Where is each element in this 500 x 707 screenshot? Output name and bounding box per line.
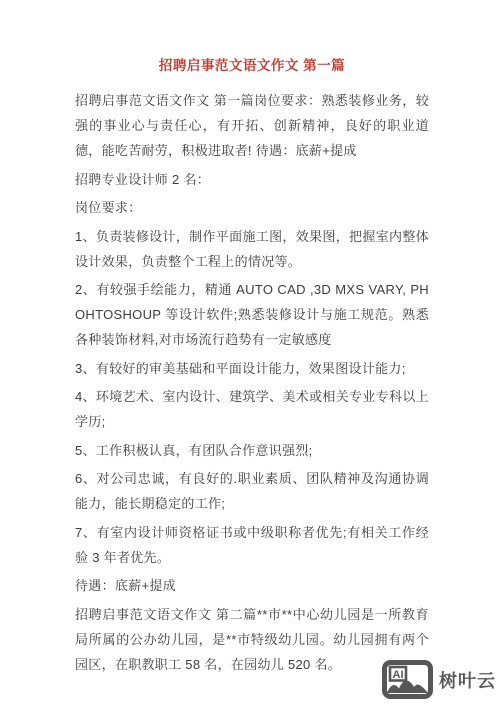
paragraph: 招聘启事范文语文作文 第二篇**市**中心幼儿园是一所教育局所属的公办幼儿园，是… — [75, 602, 429, 677]
paragraph: 1、负责装修设计，制作平面施工图，效果图，把握室内整体设计效果，负责整个工程上的… — [75, 224, 429, 274]
document-page: 招聘启事范文语文作文 第一篇 招聘启事范文语文作文 第一篇岗位要求：熟悉装修业务… — [0, 0, 500, 707]
paragraph: 5、工作积极认真，有团队合作意识强烈; — [75, 438, 429, 463]
paragraph: 岗位要求： — [75, 195, 429, 220]
ai-image-icon: AI — [382, 660, 433, 699]
paragraph: 招聘专业设计师 2 名： — [75, 167, 429, 192]
paragraph: 7、有室内设计师资格证书或中级职称者优先;有相关工作经验 3 年者优先。 — [75, 520, 429, 570]
paragraph: 4、环境艺术、室内设计、建筑学、美术或相关专业专科以上学历; — [75, 384, 429, 434]
paragraph: 6、对公司忠诚，有良好的.职业素质、团队精神及沟通协调能力，能长期稳定的工作; — [75, 466, 429, 516]
brand-name: 树叶云 — [439, 667, 496, 693]
brand-watermark: AI 树叶云 — [382, 660, 496, 699]
document-content: 招聘启事范文语文作文 第一篇 招聘启事范文语文作文 第一篇岗位要求：熟悉装修业务… — [75, 57, 429, 680]
paragraph: 招聘启事范文语文作文 第一篇岗位要求：熟悉装修业务，较强的事业心与责任心，有开拓… — [75, 88, 429, 163]
paragraph: 3、有较好的审美基础和平面设计能力，效果图设计能力; — [75, 356, 429, 381]
paragraph: 2、有较强手绘能力，精通 AUTO CAD ,3D MXS VARY, PHOH… — [75, 277, 429, 352]
svg-text:AI: AI — [393, 669, 404, 681]
document-title: 招聘启事范文语文作文 第一篇 — [75, 57, 429, 74]
paragraph: 待遇：底薪+提成 — [75, 573, 429, 598]
